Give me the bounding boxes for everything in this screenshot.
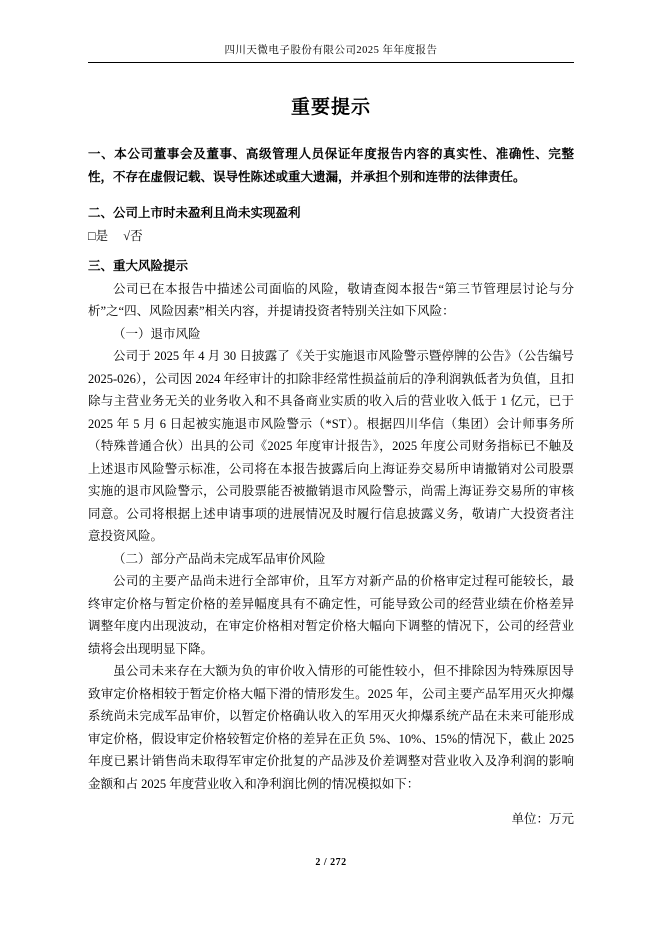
option-yes-label: 是 — [96, 229, 109, 243]
page-number: 2 / 272 — [0, 857, 662, 868]
section-one-heading: 一、本公司董事会及董事、高级管理人员保证年度报告内容的真实性、准确性、完整性，不… — [88, 143, 574, 188]
risk-intro-paragraph: 公司已在本报告中描述公司面临的风险，敬请查阅本报告“第三节管理层讨论与分析”之“… — [88, 278, 574, 323]
running-header-title: 四川天微电子股份有限公司2025 年年度报告 — [224, 45, 437, 56]
risk2-body-paragraph-1: 公司的主要产品尚未进行全部审价，且军方对新产品的价格审定过程可能较长，最终审定价… — [88, 570, 574, 660]
risk1-title: （一）退市风险 — [88, 323, 574, 346]
running-header: 四川天微电子股份有限公司2025 年年度报告 — [88, 0, 574, 63]
option-yes: □是 — [88, 229, 108, 243]
page-content: 四川天微电子股份有限公司2025 年年度报告 重要提示 一、本公司董事会及董事、… — [0, 0, 662, 831]
risk1-body-paragraph: 公司于 2025 年 4 月 30 日披露了《关于实施退市风险警示暨停牌的公告》… — [88, 345, 574, 548]
risk2-body-paragraph-2: 虽公司未来存在大额为负的审价收入情形的可能性较小，但不排除因为特殊原因导致审定价… — [88, 660, 574, 795]
section-two-heading: 二、公司上市时未盈利且尚未实现盈利 — [88, 202, 574, 225]
unit-note: 单位：万元 — [88, 808, 574, 831]
listing-profit-options: □是 √否 — [88, 225, 574, 248]
option-no: √否 — [123, 229, 142, 243]
checkbox-unchecked-icon: □ — [88, 229, 96, 243]
page-title: 重要提示 — [88, 96, 574, 119]
report-page: 四川天微电子股份有限公司2025 年年度报告 重要提示 一、本公司董事会及董事、… — [0, 0, 662, 936]
section-three-heading: 三、重大风险提示 — [88, 255, 574, 278]
risk2-title: （二）部分产品尚未完成军品审价风险 — [88, 548, 574, 571]
option-no-label: 否 — [130, 229, 143, 243]
